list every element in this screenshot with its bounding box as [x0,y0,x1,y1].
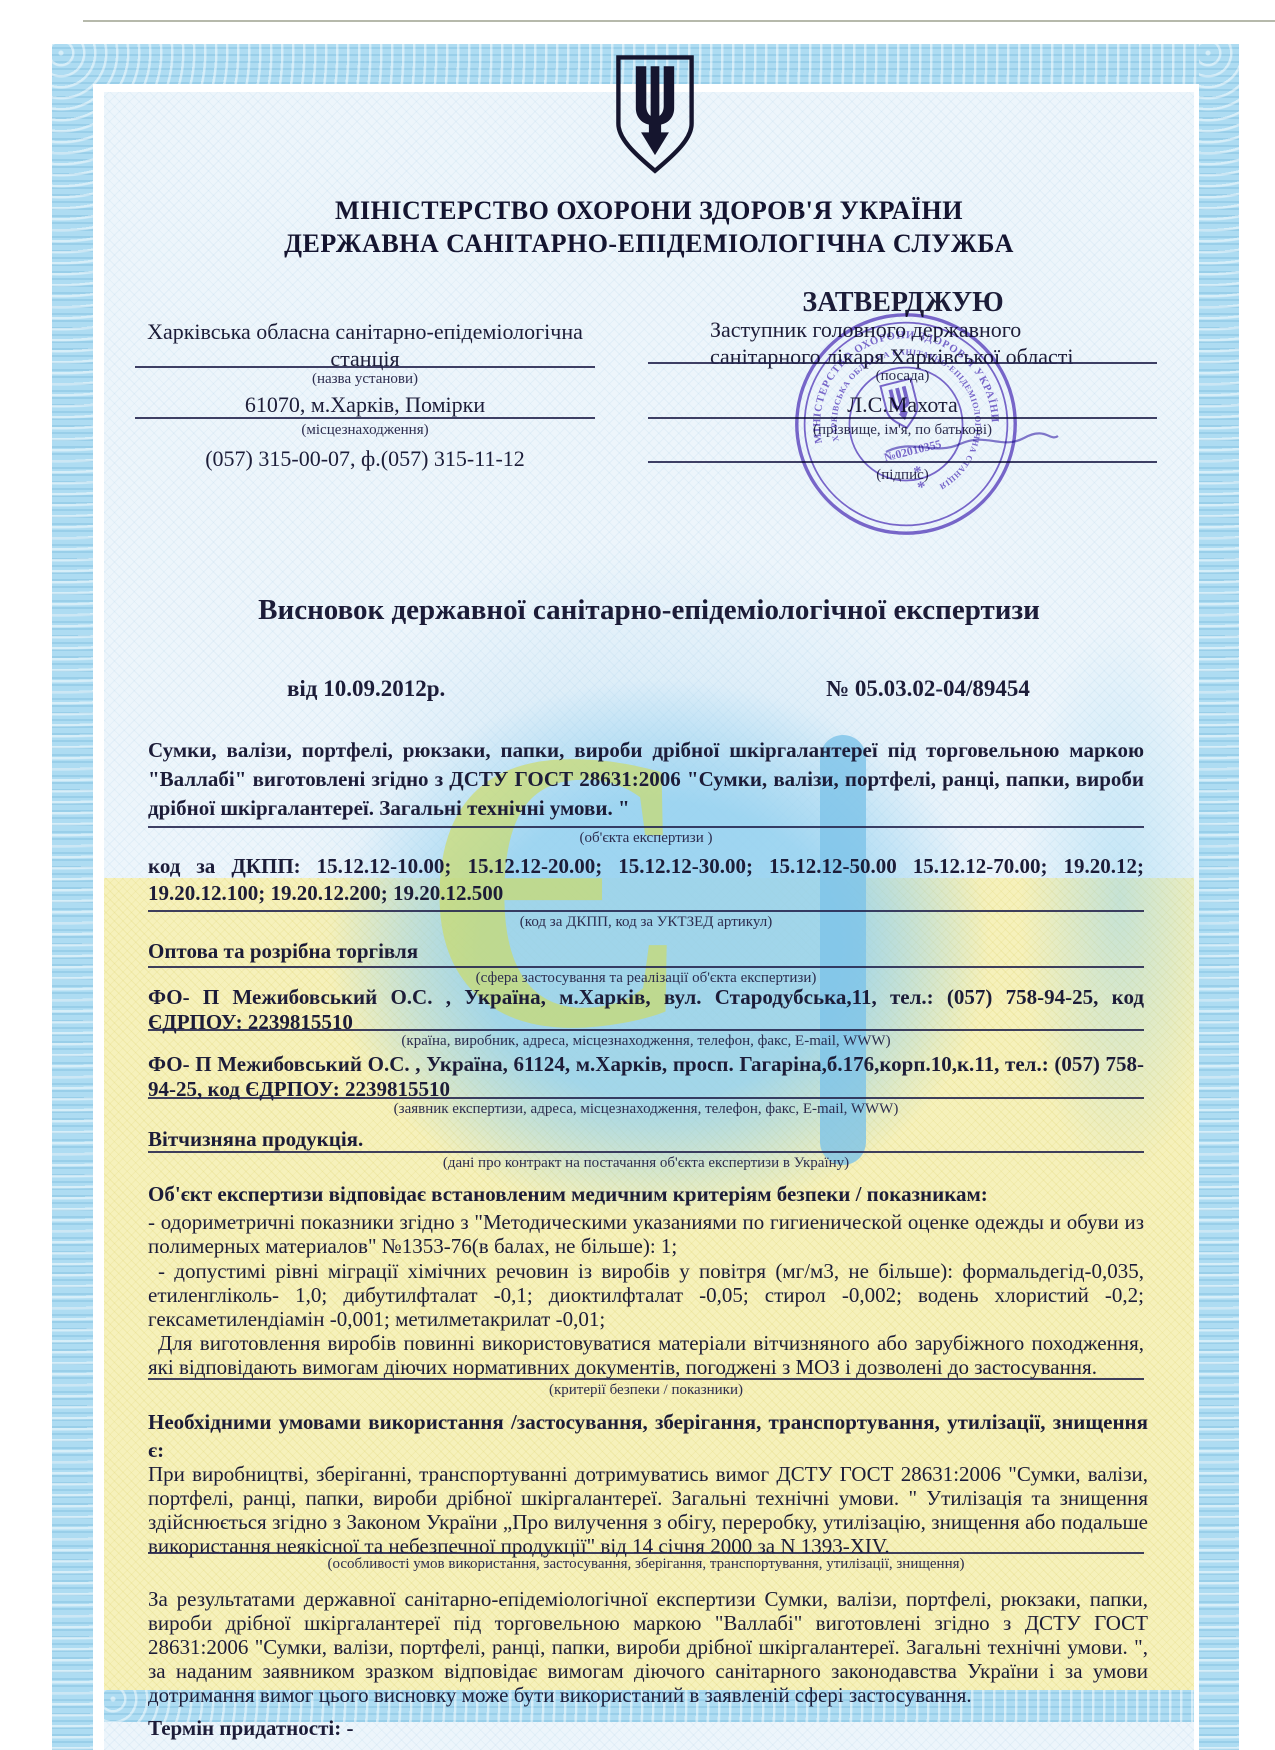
criteria-heading: Об'єкт експертизи відповідає встановлени… [148,1182,1144,1207]
criteria-item-1: - одориметричні показники згідно з "Мето… [148,1210,1144,1258]
conditions-text: При виробництві, зберіганні, транспортув… [148,1462,1148,1558]
issuer-address-rule [135,417,595,419]
criteria-caption: (критерії безпеки / показники) [148,1382,1144,1399]
document-number: № 05.03.02-04/89454 [826,676,1030,702]
service-name: ДЕРЖАВНА САНІТАРНО-ЕПІДЕМІОЛОГІЧНА СЛУЖБ… [104,229,1194,259]
conditions-rule [148,1552,1144,1554]
scan-edge-artifact [83,20,1275,22]
ministry-name: МІНІСТЕРСТВО ОХОРОНИ ЗДОРОВ'Я УКРАЇНИ [104,196,1194,226]
document-title: Висновок державної санітарно-епідеміолог… [104,594,1194,627]
conditions-caption: (особливості умов використання, застосув… [148,1556,1144,1573]
codes-caption: (код за ДКПП, код за УКТЗЕД артикул) [148,914,1144,931]
stamp-number: №02010355 [883,437,943,464]
issuer-name-caption: (назва установи) [135,371,595,388]
domestic-text: Вітчизняна продукція. [148,1127,1144,1152]
document-date: від 10.09.2012р. [287,676,445,702]
conditions-heading: Необхідними умовами використання /застос… [148,1408,1148,1464]
producer-text: ФО- П Межибовський О.С. , Україна, м.Хар… [148,985,1144,1035]
sphere-text: Оптова та розрібна торгівля [148,939,1144,964]
applicant-rule [148,1097,1144,1099]
domestic-caption: (дані про контракт на постачання об'єкта… [148,1155,1144,1172]
issuer-address-caption: (місцезнаходження) [135,422,595,439]
stamp-star-2: * [915,477,928,497]
sphere-rule [148,966,1144,968]
domestic-rule [148,1151,1144,1153]
shelf-life-text: Термін придатності: - [148,1716,1144,1741]
criteria-item-2: - допустимі рівні міграції хімічних речо… [148,1259,1144,1331]
issuer-name: Харківська обласна санітарно-епідеміолог… [135,318,595,372]
issuer-address: 61070, м.Харків, Помірки [135,392,595,418]
applicant-text: ФО- П Межибовський О.С. , Україна, 61124… [148,1052,1144,1102]
border-band-left [52,44,93,1750]
codes-rule [148,910,1144,912]
issuer-name-rule [135,366,595,368]
object-rule [148,826,1144,828]
criteria-rule [148,1378,1144,1380]
trident-coat-of-arms-icon [611,54,699,176]
criteria-item-3: Для виготовлення виробів повинні викорис… [148,1331,1144,1379]
producer-rule [148,1029,1144,1031]
producer-caption: (країна, виробник, адреса, місцезнаходже… [148,1033,1144,1050]
result-text: За результатами державної санітарно-епід… [148,1587,1148,1707]
codes-text: код за ДКПП: 15.12.12-10.00; 15.12.12-20… [148,853,1144,907]
expertise-object-text: Сумки, валізи, портфелі, рюкзаки, папки,… [148,736,1144,823]
issuer-phone: (057) 315-00-07, ф.(057) 315-11-12 [135,446,595,472]
stamp-trident-icon [880,379,922,432]
applicant-caption: (заявник експертизи, адреса, місцезнаход… [148,1101,1144,1118]
object-caption: (об'єкта експертизи ) [148,830,1144,847]
